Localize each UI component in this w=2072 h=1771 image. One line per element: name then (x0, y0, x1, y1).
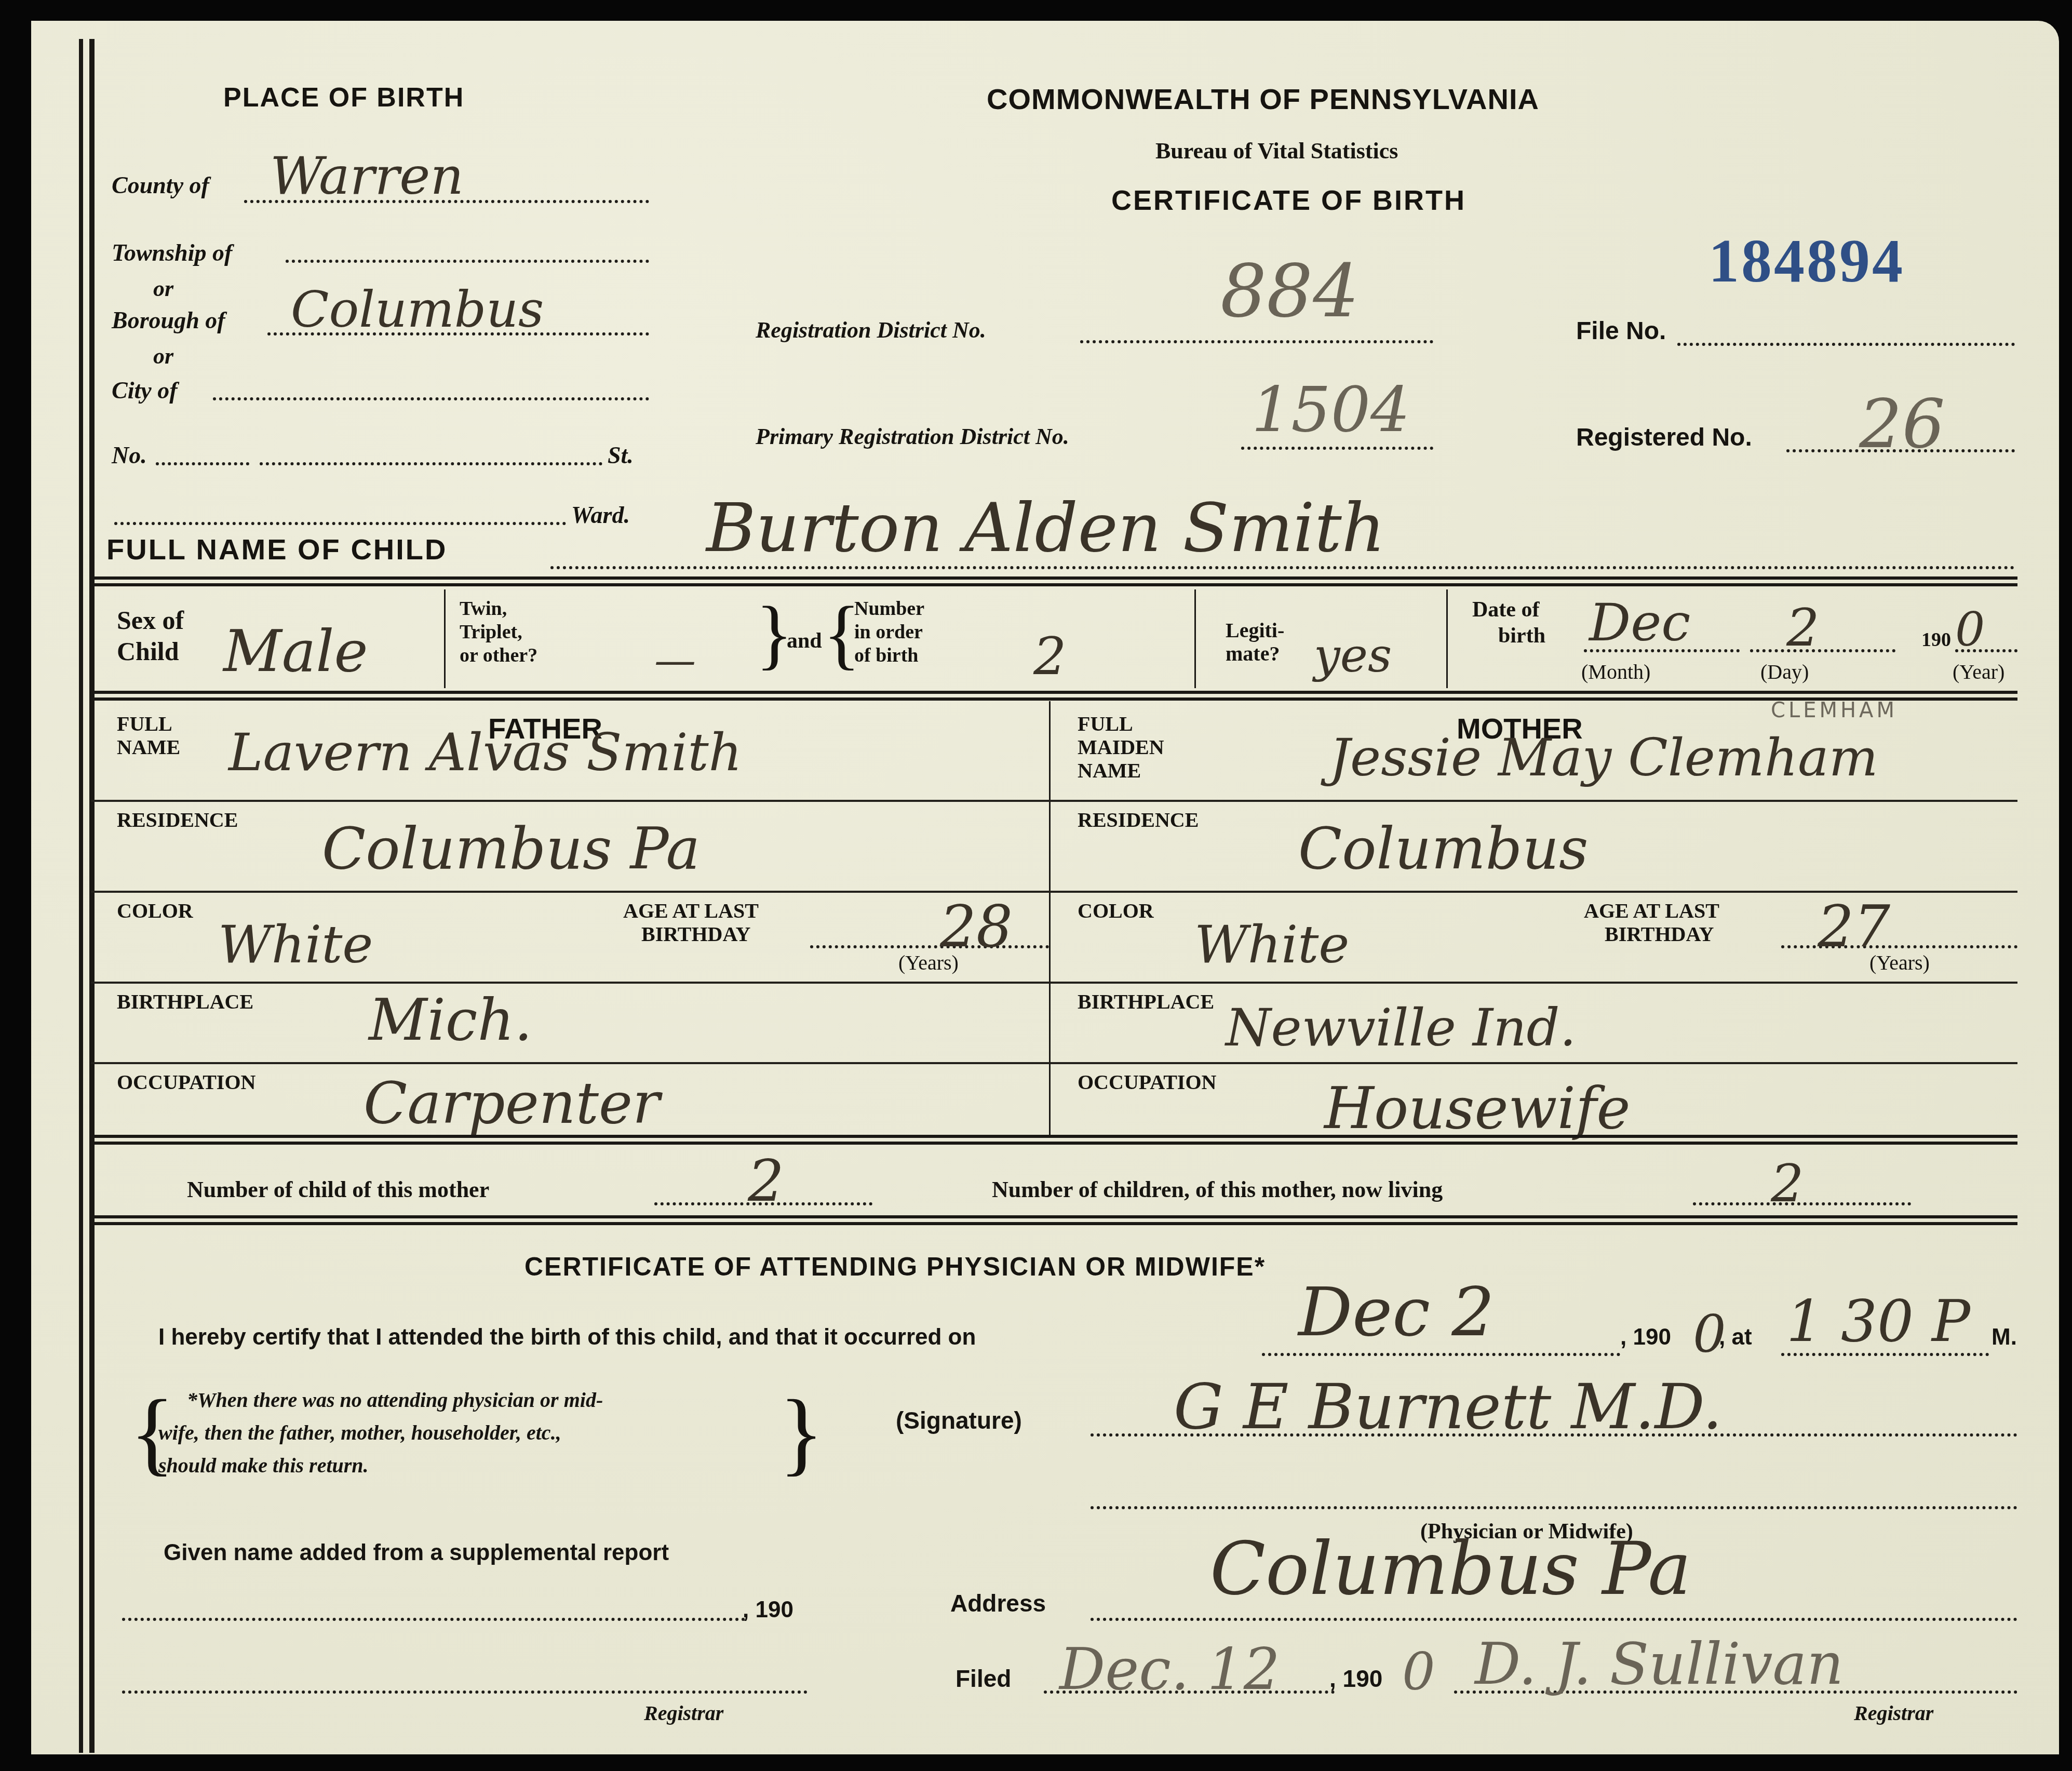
dob-year-prefix: 190 (1921, 628, 1951, 651)
father-birthplace-value: Mich. (369, 987, 532, 1053)
mother-residence-value: Columbus (1298, 815, 1588, 882)
section-rule (91, 576, 2017, 580)
column-divider (1446, 589, 1448, 688)
dob-month-value: Dec (1589, 592, 1690, 653)
order-label-2: in order (854, 621, 923, 643)
row-rule (1049, 800, 2017, 802)
children-living-value: 2 (1771, 1153, 1804, 1214)
section-rule (91, 1135, 2017, 1138)
legitimate-value: yes (1314, 628, 1392, 683)
row-rule (91, 1062, 1049, 1064)
father-birthplace-label: BIRTHPLACE (117, 989, 253, 1014)
mother-full-name-label-1: FULL (1078, 712, 1133, 736)
row-rule (1049, 891, 2017, 893)
sex-value: Male (223, 618, 368, 685)
registrar-signature-value: D. J. Sullivan (1475, 1631, 1844, 1697)
borough-label: Borough of (112, 306, 225, 334)
or-label-1: or (153, 275, 173, 302)
registration-district-label: Registration District No. (756, 317, 986, 343)
column-divider (444, 589, 446, 688)
order-label-1: Number (854, 597, 924, 620)
registrar-caption: Registrar (1854, 1701, 1933, 1725)
supplemental-registrar-field[interactable] (122, 1691, 808, 1694)
supplemental-year-prefix: , 190 (743, 1597, 793, 1623)
address-label: Address (950, 1589, 1046, 1617)
bureau-title: Bureau of Vital Statistics (1155, 138, 1398, 164)
twin-value: — (654, 636, 696, 685)
twin-label-1: Twin, (460, 597, 507, 620)
sex-label-2: Child (117, 636, 179, 666)
row-rule (1049, 1062, 2017, 1064)
signature-label: (Signature) (896, 1406, 1022, 1434)
registration-district-field[interactable] (1080, 340, 1433, 343)
physician-certify-text: I hereby certify that I attended the bir… (158, 1324, 976, 1350)
twin-label-3: or other? (460, 644, 537, 667)
occurred-year-prefix: , 190 (1620, 1324, 1671, 1350)
file-number-label: File No. (1576, 317, 1666, 345)
father-occupation-label: OCCUPATION (117, 1070, 255, 1094)
city-label: City of (112, 377, 177, 404)
dob-label-2: birth (1498, 623, 1545, 648)
file-number-field[interactable] (1677, 343, 2015, 346)
father-full-name-value: Lavern Alvas Smith (228, 722, 742, 783)
footnote-line-2: wife, then the father, mother, household… (158, 1420, 561, 1445)
mother-full-name-value: Jessie May Clemham (1329, 727, 1878, 788)
section-rule (91, 1222, 2017, 1225)
address-value: Columbus Pa (1210, 1527, 1691, 1612)
child-full-name-label: FULL NAME OF CHILD (106, 532, 447, 566)
city-field[interactable] (213, 397, 649, 400)
father-age-value: 28 (940, 893, 1013, 960)
township-label: Township of (112, 239, 232, 266)
registered-number-value: 26 (1859, 384, 1945, 463)
number-of-child-value: 2 (748, 1148, 784, 1214)
street-number-label: No. (112, 441, 147, 469)
mother-occupation-label: OCCUPATION (1078, 1070, 1216, 1094)
dob-year-field[interactable] (1955, 649, 2017, 652)
footnote-line-3: should make this return. (158, 1453, 369, 1478)
column-divider (1194, 589, 1196, 688)
physician-certificate-heading: CERTIFICATE OF ATTENDING PHYSICIAN OR MI… (524, 1252, 1266, 1282)
filed-label: Filed (956, 1665, 1011, 1693)
month-caption: (Month) (1581, 660, 1650, 684)
primary-district-value: 1504 (1252, 374, 1410, 446)
dob-label-1: Date of (1472, 597, 1539, 622)
order-label-3: of birth (854, 644, 919, 667)
child-full-name-value: Burton Alden Smith (706, 488, 1385, 567)
filed-year-value: 0 (1402, 1641, 1435, 1702)
father-full-name-label-2: NAME (117, 735, 180, 759)
day-caption: (Day) (1760, 660, 1809, 684)
father-color-label: COLOR (117, 898, 193, 923)
primary-district-field[interactable] (1241, 447, 1433, 450)
row-rule (1049, 982, 2017, 984)
mother-full-name-label-2: MAIDEN (1078, 735, 1164, 759)
mother-full-name-label-3: NAME (1078, 758, 1141, 783)
birth-certificate: PLACE OF BIRTH County of Warren Township… (31, 21, 2059, 1754)
street-label: St. (608, 441, 634, 469)
mother-color-label: COLOR (1078, 898, 1154, 923)
father-age-label-2: BIRTHDAY (641, 922, 751, 946)
certificate-number-stamp: 184894 (1708, 226, 1905, 297)
mother-occupation-value: Housewife (1324, 1075, 1631, 1142)
dob-day-field[interactable] (1750, 649, 1895, 652)
supplemental-label: Given name added from a supplemental rep… (164, 1540, 669, 1566)
legitimate-label-1: Legiti- (1226, 618, 1284, 642)
row-rule (91, 982, 1049, 984)
street-number-field[interactable] (156, 462, 249, 465)
township-field[interactable] (286, 260, 649, 263)
registered-number-label: Registered No. (1576, 423, 1752, 452)
dob-month-field[interactable] (1584, 649, 1740, 652)
father-full-name-label-1: FULL (117, 712, 172, 736)
m-label: M. (1992, 1324, 2017, 1350)
mother-age-label-1: AGE AT LAST (1584, 898, 1719, 923)
mother-birthplace-label: BIRTHPLACE (1078, 989, 1214, 1014)
filed-year-prefix: , 190 (1329, 1665, 1382, 1693)
signature-second-field[interactable] (1091, 1506, 2017, 1509)
left-border-rule-inner (89, 39, 95, 1753)
and-label: and (787, 628, 822, 653)
mother-age-value: 27 (1818, 893, 1890, 960)
row-rule (91, 891, 1049, 893)
children-living-label: Number of children, of this mother, now … (992, 1176, 1443, 1203)
father-age-field[interactable] (810, 945, 1049, 948)
time-value: 1 30 P (1786, 1288, 1970, 1354)
at-label: , at (1719, 1324, 1752, 1350)
mother-age-label-2: BIRTHDAY (1605, 922, 1714, 946)
section-rule (91, 691, 2017, 694)
left-border-rule (79, 39, 83, 1753)
father-color-value: White (218, 914, 373, 975)
supplemental-name-field[interactable] (122, 1618, 745, 1621)
signature-value: G E Burnett M.D. (1174, 1371, 1723, 1443)
father-occupation-value: Carpenter (364, 1070, 660, 1136)
address-field[interactable] (1091, 1618, 2017, 1621)
filed-date-value: Dec. 12 (1059, 1636, 1280, 1702)
place-of-birth-heading: PLACE OF BIRTH (223, 82, 464, 113)
mother-birthplace-value: Newville Ind. (1226, 997, 1576, 1058)
father-years-caption: (Years) (898, 950, 959, 975)
mother-residence-label: RESIDENCE (1078, 808, 1199, 832)
order-value: 2 (1033, 626, 1067, 687)
number-of-child-label: Number of child of this mother (187, 1176, 489, 1203)
mother-maiden-annotation: CLEMHAM (1771, 699, 1898, 722)
section-rule (91, 583, 2017, 586)
state-title: COMMONWEALTH OF PENNSYLVANIA (987, 82, 1539, 116)
ward-label: Ward. (571, 501, 630, 529)
borough-value: Columbus (291, 280, 544, 339)
parents-column-divider (1049, 701, 1051, 1137)
sex-label-1: Sex of (117, 605, 184, 635)
mother-years-caption: (Years) (1869, 950, 1930, 975)
county-value: Warren (270, 145, 464, 206)
certificate-title: CERTIFICATE OF BIRTH (1111, 184, 1466, 217)
registration-district-value: 884 (1220, 249, 1359, 334)
row-rule (91, 800, 1049, 802)
legitimate-label-2: mate? (1226, 641, 1280, 666)
father-residence-value: Columbus Pa (322, 815, 700, 882)
section-rule (91, 1142, 2017, 1145)
footnote-line-1: *When there was no attending physician o… (187, 1388, 603, 1412)
twin-label-2: Triplet, (460, 621, 522, 643)
occurred-date-value: Dec 2 (1298, 1272, 1495, 1351)
year-caption: (Year) (1953, 660, 2004, 684)
section-rule (91, 1215, 2017, 1218)
or-label-2: or (153, 343, 173, 369)
primary-district-label: Primary Registration District No. (756, 423, 1069, 450)
footnote-brace-right: } (779, 1379, 824, 1486)
street-name-field[interactable] (260, 462, 602, 465)
county-label: County of (112, 171, 209, 199)
occurred-date-field[interactable] (1262, 1353, 1620, 1356)
father-residence-label: RESIDENCE (117, 808, 238, 832)
father-age-label-1: AGE AT LAST (623, 898, 759, 923)
ward-field[interactable] (114, 522, 566, 525)
mother-color-value: White (1194, 914, 1350, 975)
mother-age-field[interactable] (1781, 945, 2017, 948)
section-rule (91, 697, 2017, 701)
supplemental-registrar-caption: Registrar (644, 1701, 723, 1725)
